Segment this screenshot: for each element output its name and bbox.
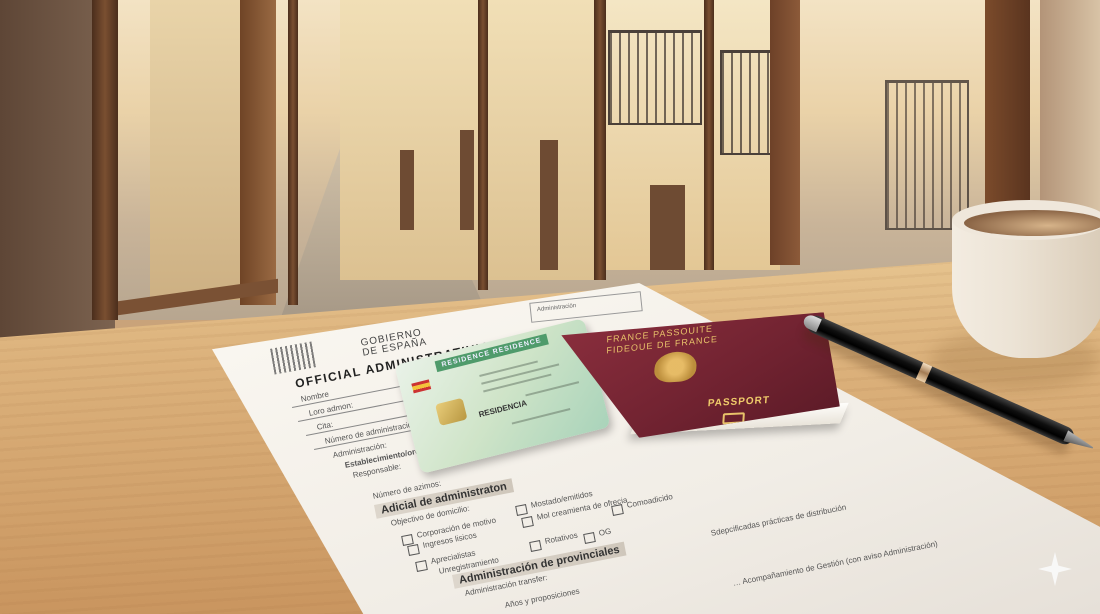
door — [650, 185, 685, 270]
checkbox-label: OG — [598, 527, 612, 538]
door — [540, 140, 558, 270]
window-frame — [92, 0, 118, 320]
card-label: RESIDENCIA — [478, 398, 528, 419]
checkbox[interactable] — [407, 544, 420, 556]
checkbox-label: Rotativos — [544, 531, 578, 546]
pen-band — [916, 362, 932, 383]
passport: FRANCE PASSOUITE FIDEOUE DE FRANCE PASSP… — [553, 311, 846, 451]
building-right — [600, 0, 780, 270]
window-frame — [240, 0, 276, 305]
building-center — [340, 0, 600, 280]
checkbox[interactable] — [515, 504, 528, 516]
door — [400, 150, 414, 230]
balcony — [608, 30, 702, 125]
coffee — [964, 210, 1100, 236]
checkbox[interactable] — [521, 516, 534, 528]
coat-of-arms-icon — [270, 342, 316, 375]
passport-title: FRANCE PASSOUITE FIDEOUE DE FRANCE — [606, 323, 718, 357]
field-label: Años y proposiciones — [504, 586, 580, 609]
photo-scene: Administración GOBIERNODE ESPAÑA OFFICIA… — [0, 0, 1100, 614]
reference-box: Administración — [529, 291, 642, 323]
checkbox-label: Comoadicido — [626, 492, 674, 510]
coffee-cup — [952, 200, 1100, 360]
passport-label: PASSPORT — [707, 395, 770, 409]
card-text-line — [479, 360, 538, 376]
window-mullion — [594, 0, 606, 280]
chip-icon — [435, 398, 467, 426]
door — [460, 130, 474, 230]
checkbox[interactable] — [529, 540, 542, 552]
checkbox[interactable] — [415, 560, 428, 572]
window-frame — [770, 0, 800, 265]
window-mullion — [704, 0, 714, 270]
french-emblem-icon — [653, 351, 697, 383]
field-label: Sdepcificadas prácticas de distribución — [710, 503, 847, 538]
sparkle-icon — [1038, 552, 1072, 586]
window-mullion — [288, 0, 298, 305]
field-label: … Acompañamiento de Gestión (con aviso A… — [732, 539, 938, 588]
spain-flag-icon — [411, 379, 431, 393]
checkbox[interactable] — [611, 504, 624, 516]
window-mullion — [478, 0, 488, 290]
checkbox[interactable] — [583, 532, 596, 544]
